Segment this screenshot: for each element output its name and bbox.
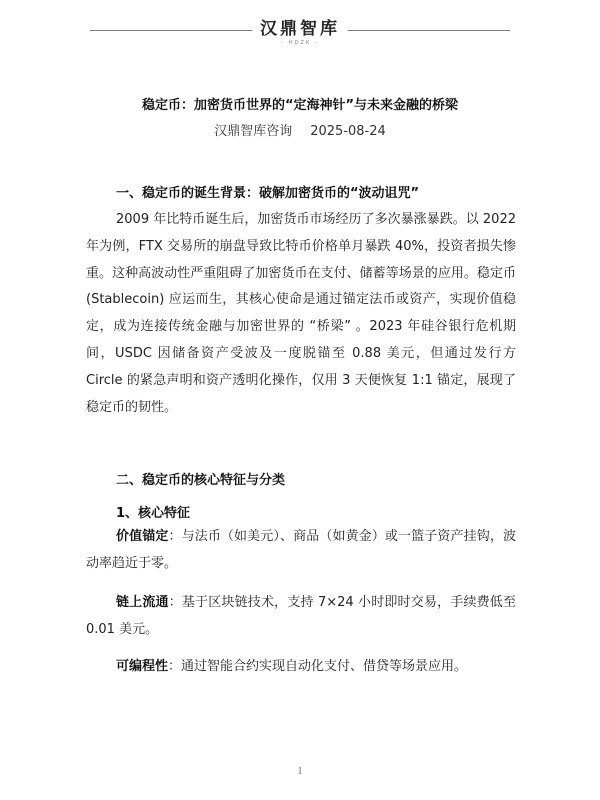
feature-text: ：通过智能合约实现自动化支付、借贷等场景应用。 <box>168 659 467 674</box>
section-1-paragraph: 2009 年比特币诞生后，加密货币市场经历了多次暴涨暴跌。以 2022 年为例，… <box>86 207 516 421</box>
logo-text: 汉鼎智库 <box>252 18 348 40</box>
feature-term: 可编程性 <box>116 659 168 674</box>
feature-value-anchoring: 价值锚定：与法币（如美元）、商品（如黄金）或一篮子资产挂钩，波动率趋近于零。 <box>86 524 516 578</box>
publish-date: 2025-08-24 <box>310 124 386 139</box>
feature-onchain-circulation: 链上流通：基于区块链技术，支持 7×24 小时即时交易，手续费低至 0.01 美… <box>86 590 516 644</box>
feature-term: 价值锚定 <box>116 529 168 544</box>
feature-programmability: 可编程性：通过智能合约实现自动化支付、借贷等场景应用。 <box>86 654 516 681</box>
page-header: 汉鼎智库 - HDZK - <box>90 18 510 48</box>
author: 汉鼎智库咨询 <box>214 124 292 139</box>
document-meta: 汉鼎智库咨询2025-08-24 <box>0 120 600 139</box>
document-title: 稳定币：加密货币世界的“定海神针”与未来金融的桥梁 <box>0 94 600 113</box>
header-rule-right <box>348 30 510 31</box>
logo: 汉鼎智库 - HDZK - <box>252 18 348 46</box>
section-1-heading: 一、稳定币的诞生背景：破解加密货币的“波动诅咒” <box>116 182 419 201</box>
logo-subtext: - HDZK - <box>252 40 348 46</box>
feature-term: 链上流通 <box>116 595 169 610</box>
page-number: 1 <box>0 766 600 777</box>
section-2-heading: 二、稳定币的核心特征与分类 <box>116 469 285 488</box>
header-rule-left <box>90 30 252 31</box>
section-2-subheading: 1、核心特征 <box>116 502 190 521</box>
